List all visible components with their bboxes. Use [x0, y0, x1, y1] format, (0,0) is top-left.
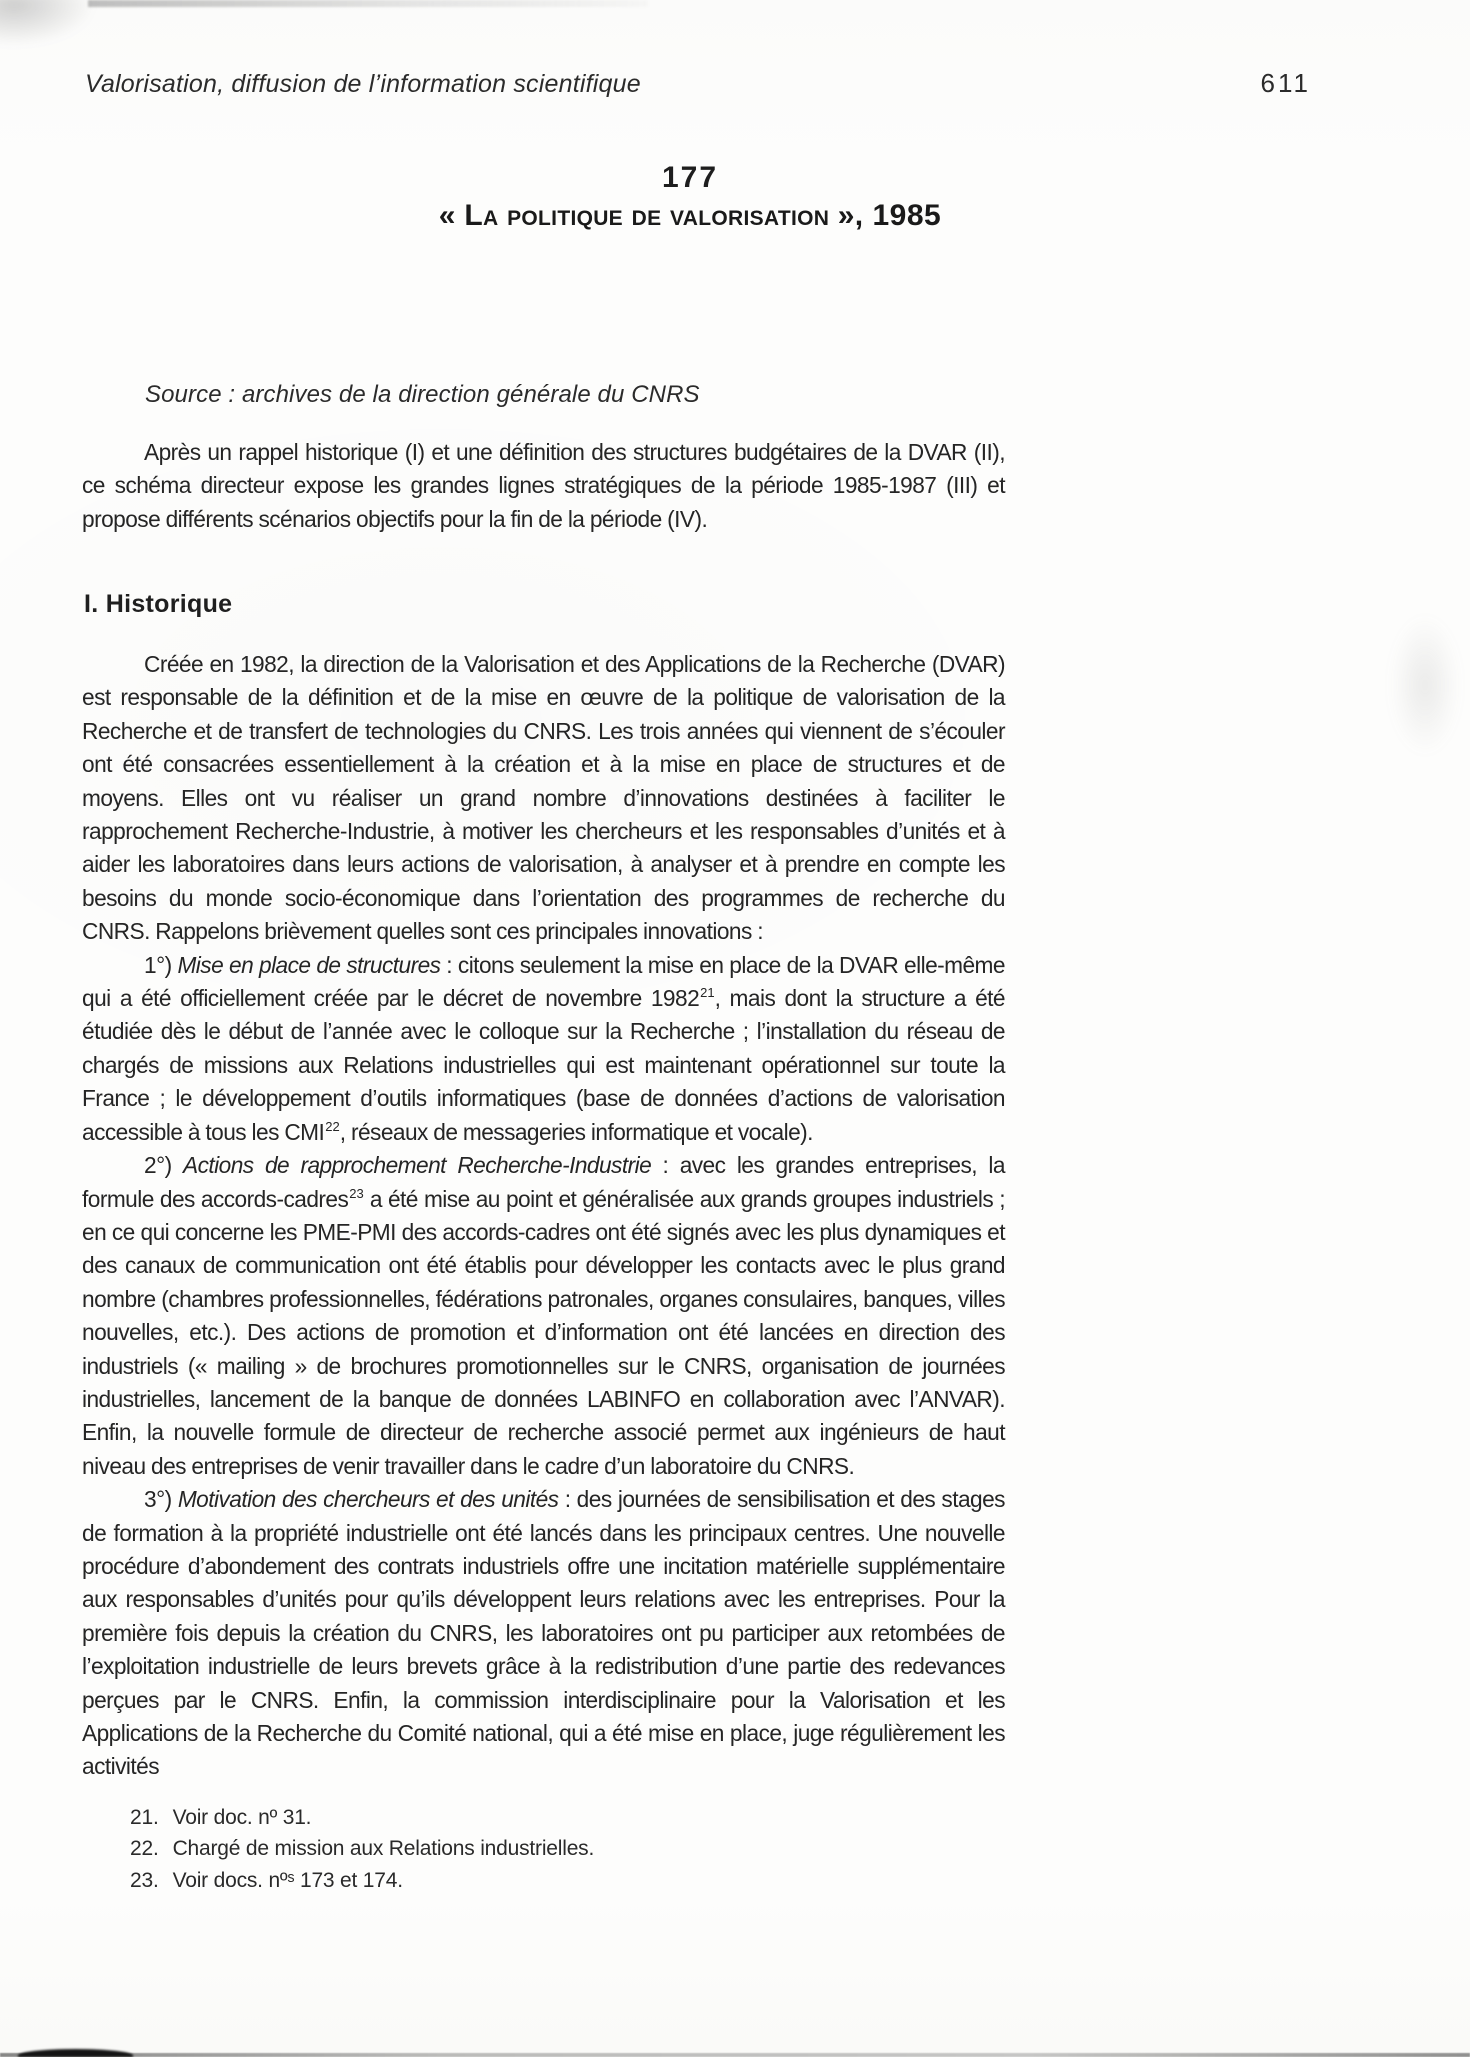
running-header: Valorisation, diffusion de l’information…	[85, 68, 1311, 99]
page-number: 611	[1261, 68, 1311, 99]
footnotes: 21.Voir doc. nº 31. 22.Chargé de mission…	[130, 1802, 1005, 1897]
scan-artifact-top-left-smudge	[0, 0, 102, 49]
paragraph-text: : des journées de sensibilisation et des…	[82, 1486, 1005, 1779]
item-number: 1°)	[144, 952, 177, 978]
footnote-number: 22.	[130, 1837, 159, 1860]
scan-artifact-top-strip	[88, 0, 648, 7]
scan-artifact-bottom-blob	[18, 2049, 133, 2057]
body-column: Créée en 1982, la direction de la Valori…	[82, 648, 1005, 1896]
running-title: Valorisation, diffusion de l’information…	[85, 70, 641, 99]
item-lead-italic: Motivation des chercheurs et des unités	[178, 1486, 559, 1512]
scan-artifact-right-smudge	[1390, 615, 1460, 755]
footnote-ref-22: 22	[324, 1119, 339, 1134]
footnote-number: 23.	[130, 1869, 159, 1892]
footnote-item: 21.Voir doc. nº 31.	[130, 1802, 1005, 1834]
item-number: 3°)	[144, 1486, 178, 1512]
footnote-number: 21.	[130, 1806, 159, 1829]
doc-title: « La politique de valorisation », 1985	[90, 199, 1290, 233]
paragraph-historique: Créée en 1982, la direction de la Valori…	[82, 648, 1005, 949]
footnote-ref-23: 23	[348, 1186, 363, 1201]
paragraph-text: , réseaux de messageries informatique et…	[340, 1119, 813, 1145]
doc-number: 177	[90, 161, 1290, 195]
footnote-item: 22.Chargé de mission aux Relations indus…	[130, 1833, 1005, 1865]
scanned-book-page: Valorisation, diffusion de l’information…	[0, 0, 1470, 2057]
footnote-ref-21: 21	[699, 985, 714, 1000]
footnote-text: Voir docs. nºˢ 173 et 174.	[173, 1869, 403, 1892]
title-block: 177 « La politique de valorisation », 19…	[90, 161, 1290, 233]
scan-artifact-bottom-line	[0, 2053, 1470, 2057]
source-line: Source : archives de la direction généra…	[145, 381, 700, 409]
footnote-text: Voir doc. nº 31.	[173, 1806, 312, 1829]
item-lead-italic: Actions de rapprochement Recherche-Indus…	[183, 1152, 651, 1178]
footnote-text: Chargé de mission aux Relations industri…	[173, 1837, 595, 1860]
paragraph-2-actions-rapprochement: 2°) Actions de rapprochement Recherche-I…	[82, 1149, 1005, 1483]
section-heading: I. Historique	[84, 590, 232, 619]
intro-paragraph: Après un rappel historique (I) et une dé…	[82, 436, 1005, 536]
item-number: 2°)	[144, 1152, 183, 1178]
item-lead-italic: Mise en place de structures	[177, 952, 440, 978]
paragraph-1-mise-en-place-structures: 1°) Mise en place de structures : citons…	[82, 949, 1005, 1149]
paragraph-3-motivation-chercheurs: 3°) Motivation des chercheurs et des uni…	[82, 1483, 1005, 1784]
doc-title-main: « La politique de valorisation »	[439, 199, 855, 232]
footnote-item: 23.Voir docs. nºˢ 173 et 174.	[130, 1865, 1005, 1897]
paragraph-text: a été mise au point et généralisée aux g…	[82, 1186, 1005, 1479]
doc-title-year: , 1985	[855, 199, 941, 232]
